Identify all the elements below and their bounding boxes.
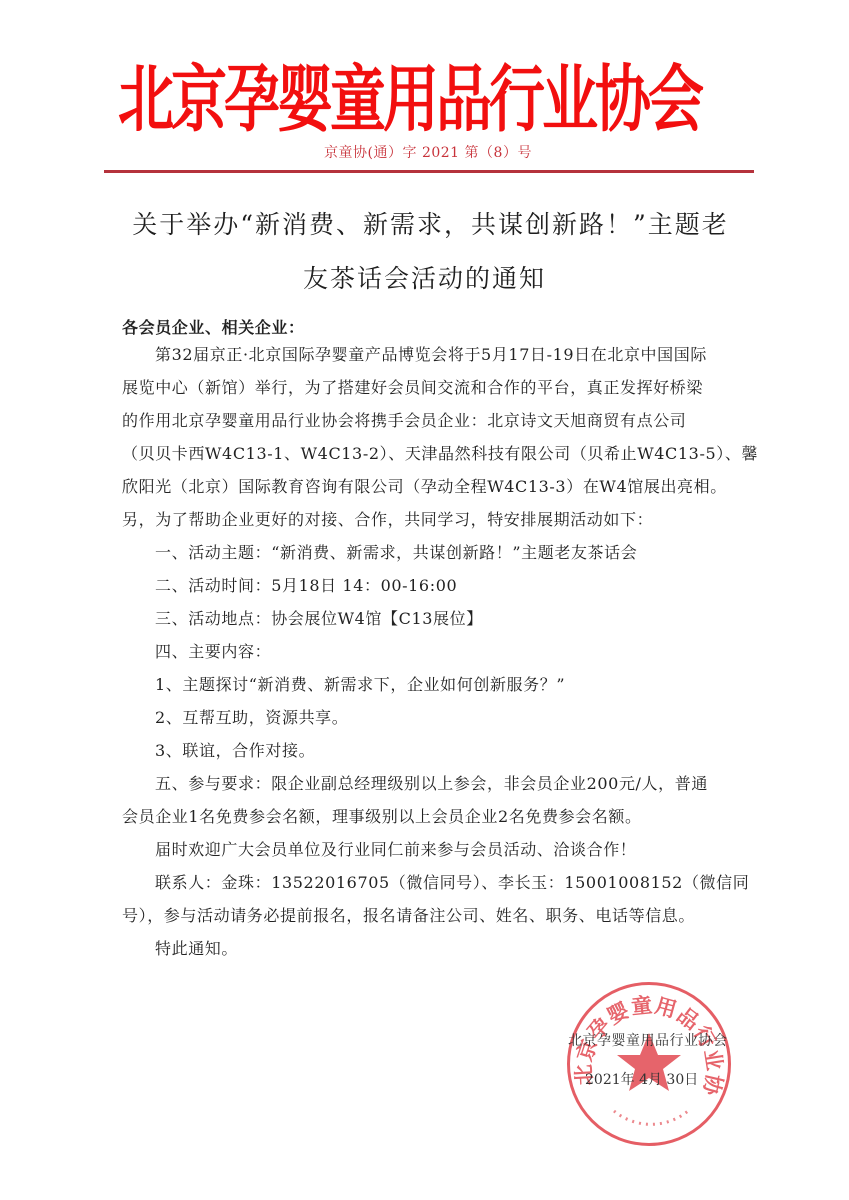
seal-graphic: 北京孕婴童用品行业协会 [570,985,728,1143]
official-seal-icon: 北京孕婴童用品行业协会 [567,982,731,1146]
contact-line: 联系人：金珠：13522016705（微信同号）、李长玉：15001008152… [155,873,749,893]
activity-time: 二、活动时间：5月18日 14：00-16:00 [155,576,457,596]
content-item: 3、联谊，合作对接。 [155,741,315,761]
requirements-line: 五、参与要求：限企业副总经理级别以上参会，非会员企业200元/人，普通 [155,774,708,794]
activity-location: 三、活动地点：协会展位W4馆【C13展位】 [155,609,483,629]
content-item: 1、主题探讨“新消费、新需求下，企业如何创新服务？” [155,675,565,695]
letterhead-divider [104,170,754,173]
notice-title-line-1: 关于举办“新消费、新需求，共谋创新路！”主题老 [6,210,849,240]
document-number: 京童协(通）字 2021 第（8）号 [0,143,849,163]
signature-date: 2021年 4月 30日 [585,1070,698,1090]
signature-organization: 北京孕婴童用品行业协会 [568,1031,728,1051]
paragraph-line: 展览中心（新馆）举行，为了搭建好会员间交流和合作的平台，真正发挥好桥梁 [122,378,703,398]
activity-theme: 一、活动主题：“新消费、新需求，共谋创新路！”主题老友茶话会 [155,543,637,563]
closing-line: 特此通知。 [155,939,238,959]
salutation: 各会员企业、相关企业： [122,318,305,338]
paragraph-line: 第32届京正·北京国际孕婴童产品博览会将于5月17日-19日在北京中国国际 [155,345,707,365]
contact-line: 号），参与活动请务必提前报名，报名请备注公司、姓名、职务、电话等信息。 [122,906,695,926]
paragraph-line: （贝贝卡西W4C13-1、W4C13-2）、天津晶然科技有限公司（贝希止W4C1… [122,444,758,464]
main-content-heading: 四、主要内容： [155,642,271,662]
welcome-line: 届时欢迎广大会员单位及行业同仁前来参与会员活动、洽谈合作！ [155,840,636,860]
paragraph-line: 的作用北京孕婴童用品行业协会将携手会员企业：北京诗文天旭商贸有点公司 [122,411,686,431]
paragraph-line: 欣阳光（北京）国际教育咨询有限公司（孕动全程W4C13-3）在W4馆展出亮相。 [122,477,727,497]
letterhead-organization-title: 北京孕婴童用品行业协会 [118,43,714,160]
paragraph-line: 另，为了帮助企业更好的对接、合作，共同学习，特安排展期活动如下： [122,510,653,530]
requirements-line: 会员企业1名免费参会名额，理事级别以上会员企业2名免费参会名额。 [122,807,642,827]
content-item: 2、互帮互助，资源共享。 [155,708,348,728]
notice-title-line-2: 友茶话会活动的通知 [0,264,849,294]
